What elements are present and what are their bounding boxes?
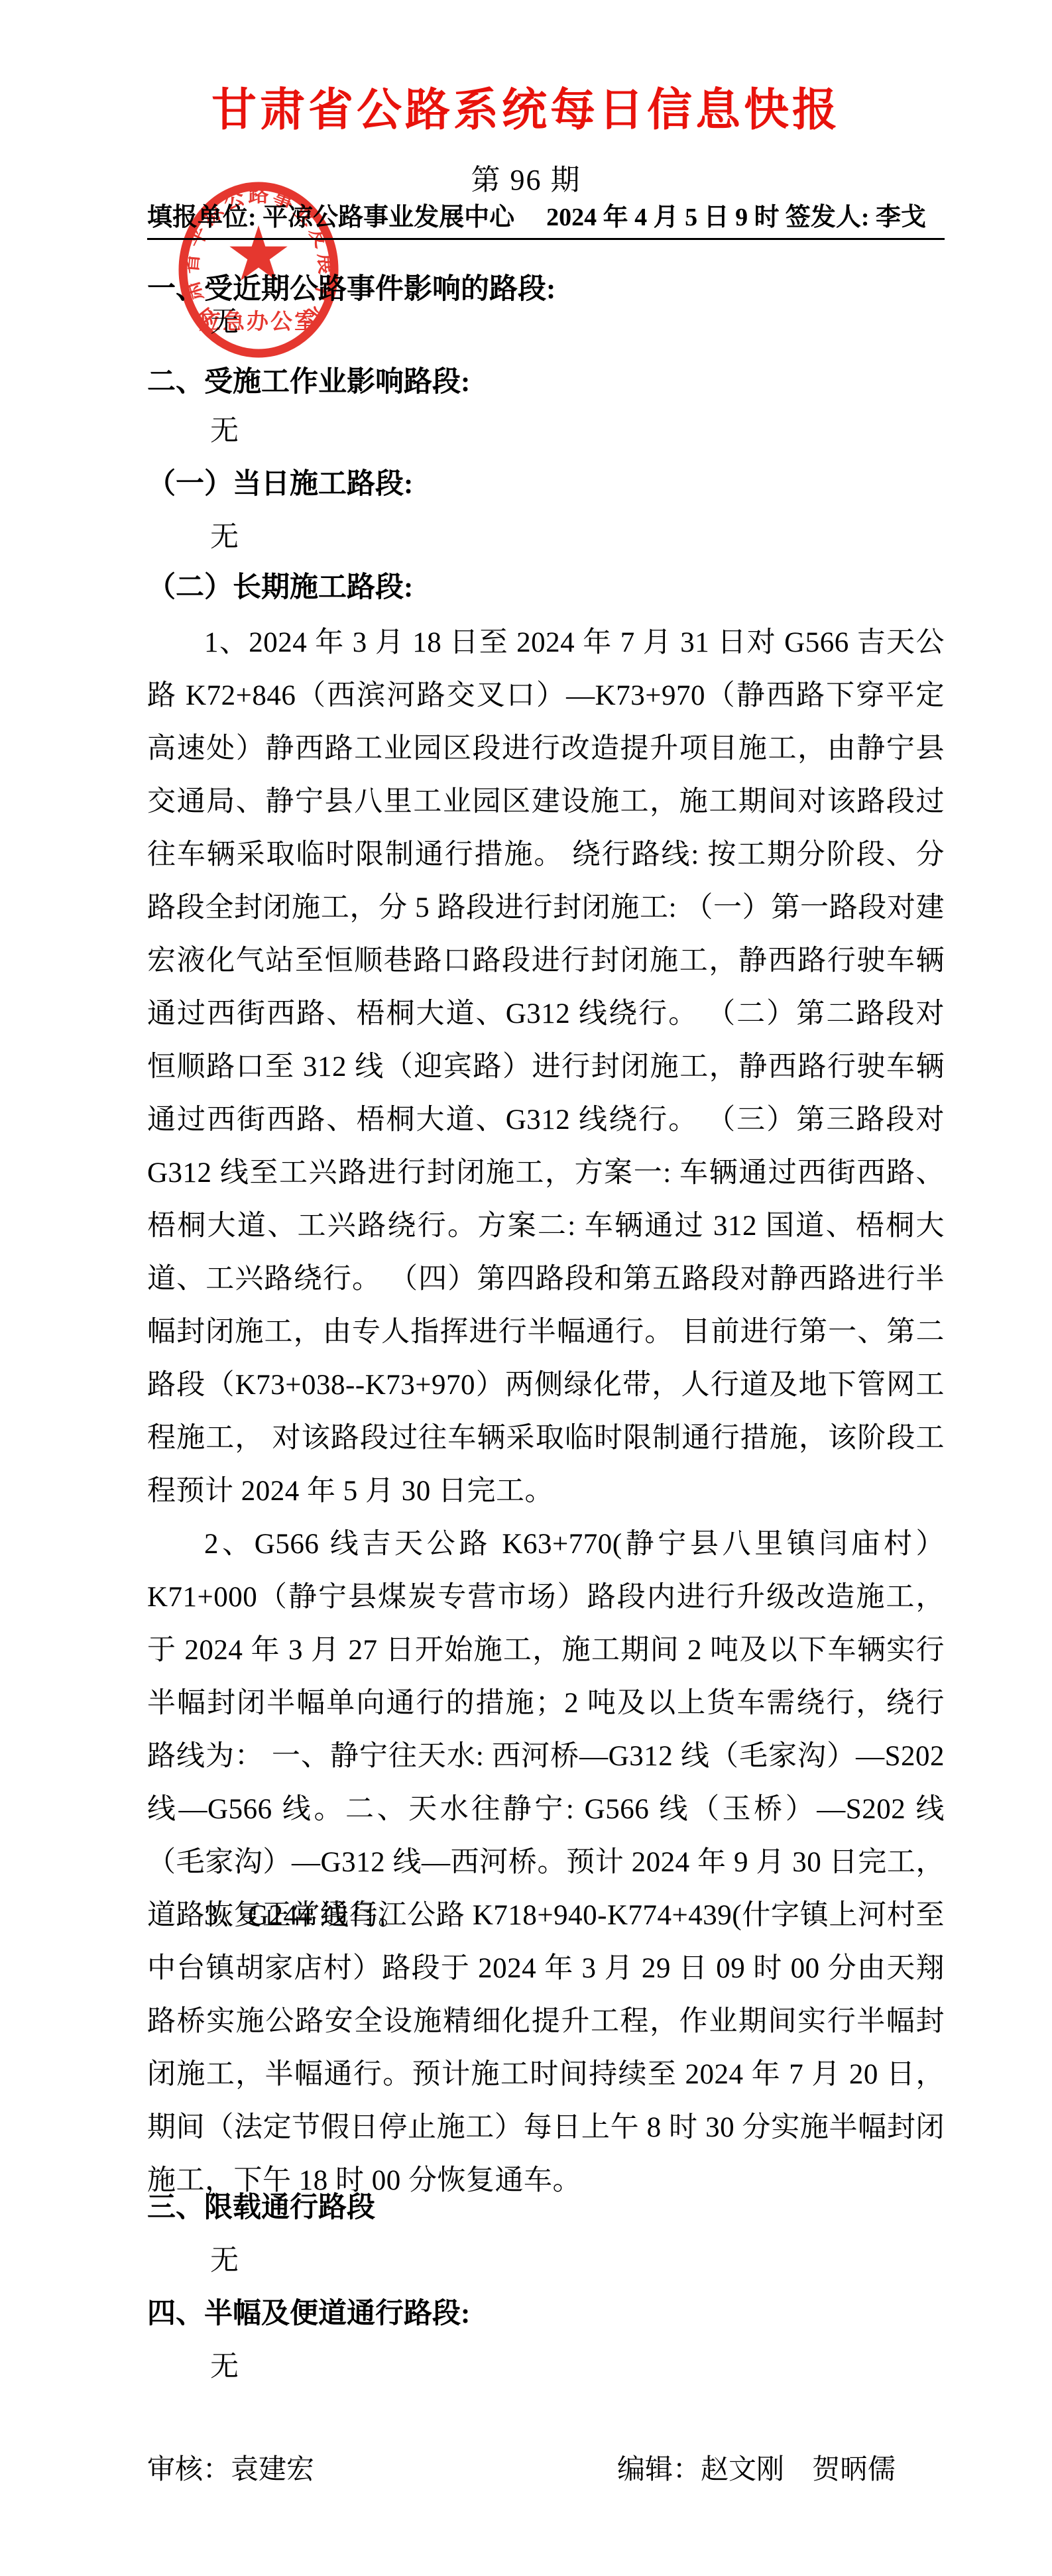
section-3-value: 无 [210, 2245, 239, 2278]
stamp-star-icon [229, 225, 287, 280]
long-term-construction-paragraph-1: 1、2024 年 3 月 18 日至 2024 年 7 月 31 日对 G566… [147, 616, 945, 1518]
section-3-heading: 三、限载通行路段 [147, 2192, 375, 2225]
footer-reviewer: 审核：袁建宏 [147, 2453, 314, 2487]
section-2-sub-2-heading: （二）长期施工路段: [147, 571, 413, 605]
stamp-bottom-text: 应急办公室 [199, 310, 318, 334]
section-2-value: 无 [210, 415, 239, 448]
section-4-value: 无 [210, 2351, 239, 2384]
document-page: { "document": { "title": "甘肃省公路系统每日信息快报"… [0, 0, 1052, 2576]
footer-editors: 编辑：赵文刚 贺昞儒 [617, 2453, 896, 2487]
long-term-construction-paragraph-2: 2、G566 线吉天公路 K63+770(静宁县八里镇闫庙村）K71+000（静… [147, 1518, 945, 1942]
issuer: 签发人: 李戈 [786, 202, 926, 233]
stamp-ring-char: 省 [178, 253, 203, 275]
long-term-construction-paragraph-3: 3、G244 线乌江公路 K718+940-K774+439(什字镇上河村至中台… [147, 1889, 945, 2207]
stamp-ring-char: 展 [314, 253, 338, 275]
stamp-ring-char: 业 [289, 199, 320, 230]
issue-number: 第 96 期 [0, 162, 1052, 199]
bulletin-title: 甘肃省公路系统每日信息快报 [0, 80, 1052, 141]
official-seal-stamp: 甘肃省平凉公路事业发展中心 应急办公室 [174, 178, 343, 363]
report-datetime: 2024 年 4 月 5 日 9 时 [546, 202, 780, 233]
section-4-heading: 四、半幅及便道通行路段: [147, 2298, 470, 2331]
section-2-sub-1-value: 无 [210, 521, 239, 554]
section-2-heading: 二、受施工作业影响路段: [147, 366, 470, 399]
section-2-sub-1-heading: （一）当日施工路段: [147, 468, 413, 501]
stamp-ring-char: 路 [249, 183, 269, 206]
